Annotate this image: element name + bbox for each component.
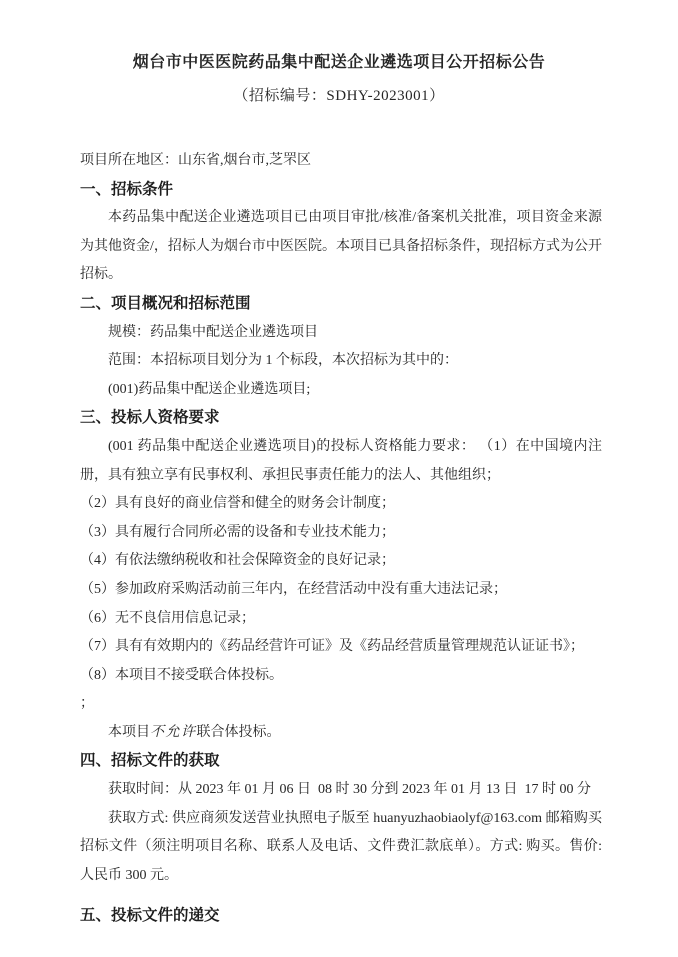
qualification-item-4: （4）有依法缴纳税收和社会保障资金的良好记录；	[80, 547, 602, 576]
project-scale-line: 规模：药品集中配送企业遴选项目	[80, 319, 602, 348]
lot-line: (001)药品集中配送企业遴选项目;	[80, 376, 602, 405]
consortium-note-suffix: 联合体投标。	[197, 725, 281, 740]
consortium-note-prefix: 本项目	[108, 725, 150, 740]
doc-title: 烟台市中医医院药品集中配送企业遴选项目公开招标公告	[0, 0, 678, 73]
stray-semicolon-line: ；	[80, 690, 602, 719]
qualification-item-8: （8）本项目不接受联合体投标。	[80, 662, 602, 691]
qualification-item-2: （2）具有良好的商业信誉和健全的财务会计制度；	[80, 490, 602, 519]
section-1-heading: 一、招标条件	[80, 176, 602, 205]
section-2-heading: 二、项目概况和招标范围	[80, 290, 602, 319]
project-location-line: 项目所在地区：山东省,烟台市,芝罘区	[80, 147, 602, 176]
qualification-item-7: （7）具有有效期内的《药品经营许可证》及《药品经营质量管理规范认证证书》；	[80, 633, 602, 662]
section-4-heading: 四、招标文件的获取	[80, 747, 602, 776]
qualification-intro: (001 药品集中配送企业遴选项目)的投标人资格能力要求： （1）在中国境内注册…	[80, 433, 602, 490]
consortium-note-emphasis: 不允许	[150, 725, 197, 740]
section-3-heading: 三、投标人资格要求	[80, 404, 602, 433]
doc-body: 项目所在地区：山东省,烟台市,芝罘区 一、招标条件 本药品集中配送企业遴选项目已…	[0, 147, 678, 931]
section-5-heading: 五、投标文件的递交	[80, 902, 602, 931]
obtain-time-line: 获取时间：从 2023 年 01 月 06 日 08 时 30 分到 2023 …	[80, 776, 602, 805]
project-scope-line: 范围：本招标项目划分为 1 个标段，本次招标为其中的：	[80, 347, 602, 376]
section-1-paragraph: 本药品集中配送企业遴选项目已由项目审批/核准/备案机关批准，项目资金来源为其他资…	[80, 204, 602, 290]
document-page: 烟台市中医医院药品集中配送企业遴选项目公开招标公告 （招标编号：SDHY-202…	[0, 0, 678, 957]
consortium-note-line: 本项目不允许联合体投标。	[80, 719, 602, 748]
qualification-item-6: （6）无不良信用信息记录；	[80, 605, 602, 634]
qualification-item-3: （3）具有履行合同所必需的设备和专业技术能力；	[80, 519, 602, 548]
qualification-item-5: （5）参加政府采购活动前三年内，在经营活动中没有重大违法记录；	[80, 576, 602, 605]
obtain-method-paragraph: 获取方式: 供应商须发送营业执照电子版至 huanyuzhaobiaolyf@1…	[80, 805, 602, 891]
doc-subtitle: （招标编号：SDHY-2023001）	[0, 86, 678, 106]
